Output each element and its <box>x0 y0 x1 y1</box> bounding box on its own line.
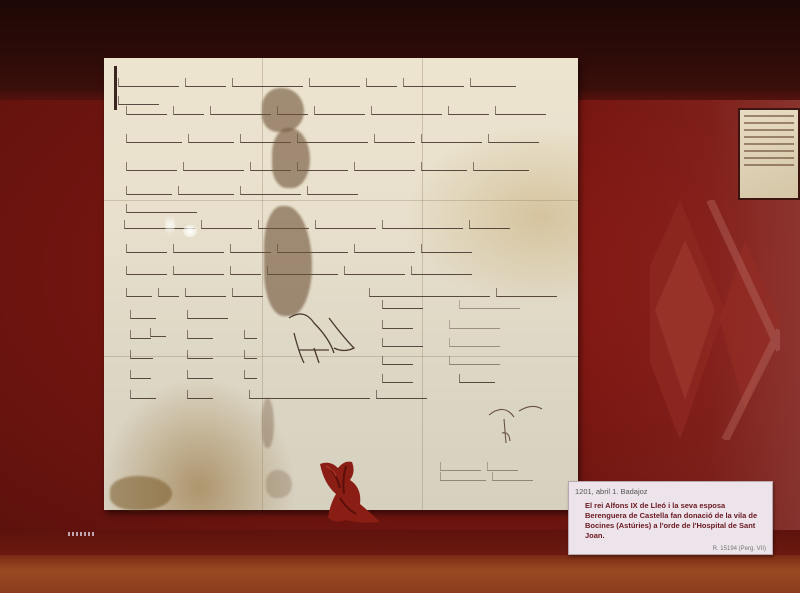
lion-drawing <box>274 308 364 368</box>
witness-list-line <box>130 326 270 340</box>
secondary-document <box>738 108 800 200</box>
witness-list-line <box>130 306 270 320</box>
water-stain <box>272 128 310 188</box>
water-stain <box>262 398 274 448</box>
label-reference: R. 15194 (Perg. VII) <box>575 546 766 552</box>
witness-list-line <box>130 366 270 380</box>
light-reflection <box>68 532 96 536</box>
signum-drawing <box>484 403 544 448</box>
label-description: El rei Alfons IX de Lleó i la seva espos… <box>585 501 766 541</box>
water-stain <box>110 476 172 510</box>
wooden-shelf <box>0 555 800 593</box>
witness-list-line <box>130 386 450 400</box>
handwriting-line <box>126 102 556 116</box>
pencil-annotation <box>440 468 550 482</box>
witness-list-line <box>382 370 562 384</box>
medieval-charter-parchment <box>104 58 578 510</box>
wax-seal <box>316 458 382 528</box>
label-date-place: 1201, abril 1. Badajoz <box>575 487 766 496</box>
witness-list-line <box>382 316 562 330</box>
handwriting-line <box>126 130 556 144</box>
witness-list-line <box>130 346 270 360</box>
handwriting-line <box>126 182 426 196</box>
handwriting-line <box>126 158 556 172</box>
glass-glare <box>165 214 175 236</box>
witness-list-line <box>382 352 562 366</box>
decorative-diamond-panel <box>650 200 780 440</box>
handwriting-line <box>126 240 546 254</box>
handwriting-line <box>118 74 558 88</box>
glass-glare <box>183 225 197 237</box>
water-stain <box>266 470 292 498</box>
museum-display-scene: 1201, abril 1. Badajoz El rei Alfons IX … <box>0 0 800 593</box>
decorated-initial <box>114 66 117 110</box>
exhibit-label-card: 1201, abril 1. Badajoz El rei Alfons IX … <box>568 481 773 555</box>
handwriting-line <box>126 262 546 276</box>
witness-list-line <box>382 334 562 348</box>
witness-list-line <box>382 296 562 310</box>
water-stain <box>262 88 304 132</box>
